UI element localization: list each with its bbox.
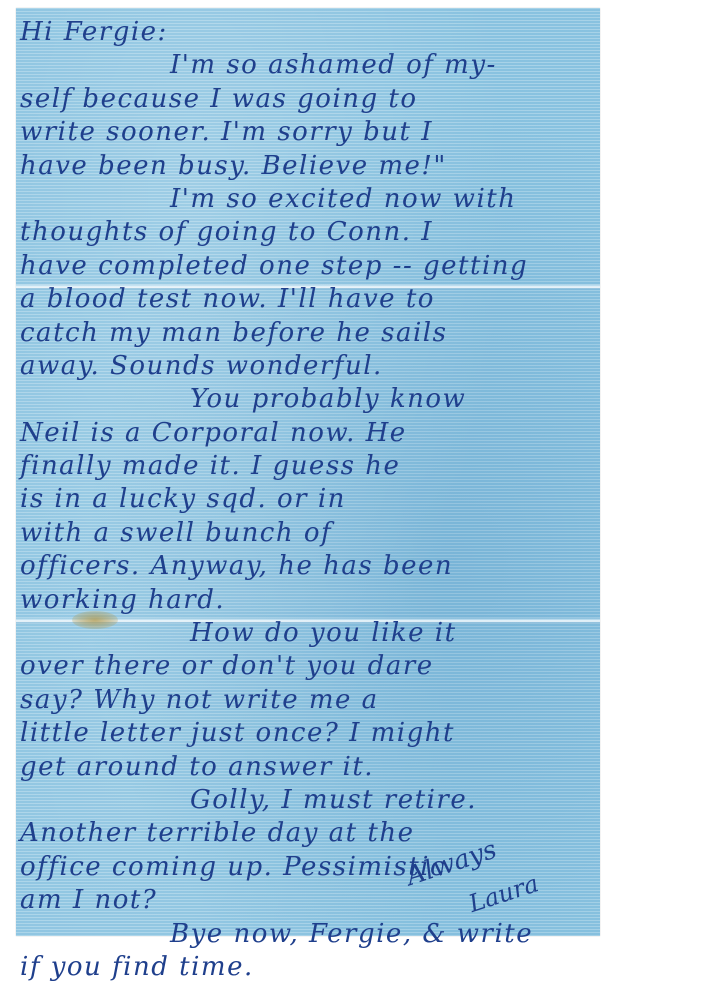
- letter-line: away. Sounds wonderful.: [20, 350, 580, 383]
- letter-line: I'm so ashamed of my-: [20, 49, 580, 82]
- letter-line: How do you like it: [20, 617, 580, 650]
- letter-body: Hi Fergie: I'm so ashamed of my- self be…: [20, 16, 580, 960]
- letter-line: have completed one step -- getting: [20, 250, 580, 283]
- letter-line: officers. Anyway, he has been: [20, 550, 580, 583]
- letter-line: self because I was going to: [20, 83, 580, 116]
- letter-line: little letter just once? I might: [20, 717, 580, 750]
- letter-line: is in a lucky sqd. or in: [20, 483, 580, 516]
- letter-line: working hard.: [20, 584, 580, 617]
- letter-line: I'm so excited now with: [20, 183, 580, 216]
- letter-line: if you find time.: [20, 951, 580, 960]
- letter-line: thoughts of going to Conn. I: [20, 216, 580, 249]
- letter-line: say? Why not write me a: [20, 684, 580, 717]
- letter-line: finally made it. I guess he: [20, 450, 580, 483]
- letter-line: over there or don't you dare: [20, 650, 580, 683]
- letter-line: You probably know: [20, 383, 580, 416]
- letter-greeting: Hi Fergie:: [20, 16, 580, 49]
- letter-line: write sooner. I'm sorry but I: [20, 116, 580, 149]
- letter-line: have been busy. Believe me!": [20, 150, 580, 183]
- letter-line: Bye now, Fergie, & write: [20, 918, 580, 951]
- letter-line: with a swell bunch of: [20, 517, 580, 550]
- letter-line: Neil is a Corporal now. He: [20, 417, 580, 450]
- letter-line: get around to answer it.: [20, 751, 580, 784]
- letter-line: a blood test now. I'll have to: [20, 283, 580, 316]
- letter-line: Another terrible day at the: [20, 817, 580, 850]
- letter-line: catch my man before he sails: [20, 317, 580, 350]
- letter-line: Golly, I must retire.: [20, 784, 580, 817]
